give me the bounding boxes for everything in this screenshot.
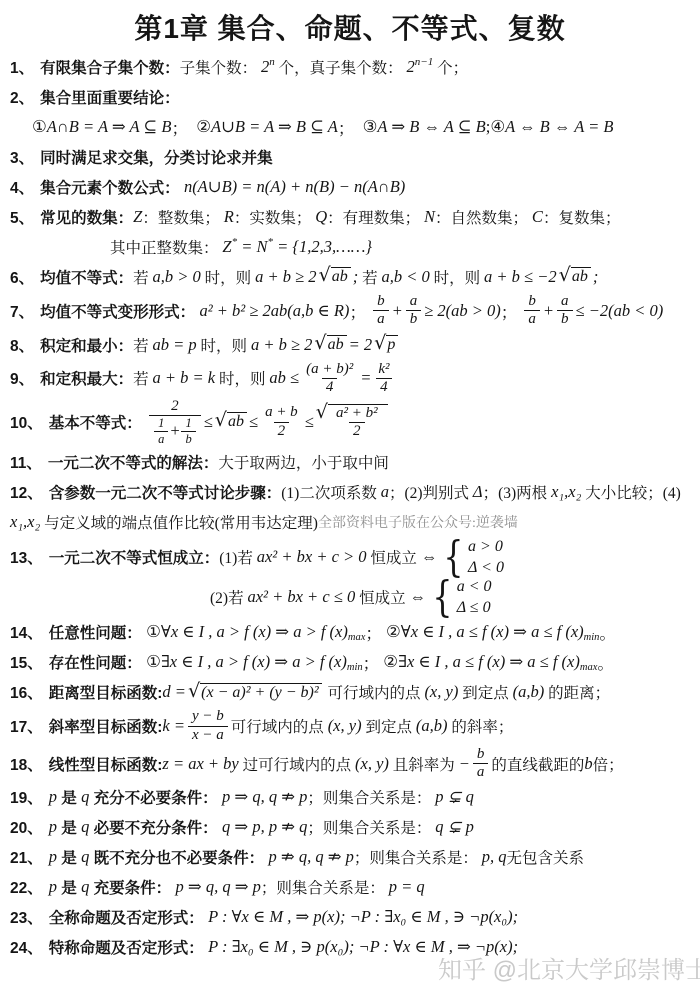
- math-segment: A∪B = A ⇒ B ⊆ A: [211, 117, 338, 137]
- math-segment: p: [49, 877, 57, 897]
- text-segment: 子集个数：: [180, 56, 261, 78]
- formula-line: 7、均值不等式变形形式： a² + b² ≥ 2ab(a,b ∈ R)； ba+…: [10, 292, 692, 330]
- bold-label: 一元二次不等式恒成立：: [49, 546, 220, 568]
- formula-line: 22、p 是 q 充要条件： p ⇒ q, q ⇒ p；则集合关系是： p = …: [10, 872, 692, 902]
- fraction-denominator: 1a+1b: [149, 415, 201, 446]
- fraction-denominator: x − a: [188, 726, 228, 744]
- formula-item: 5、常见的数集：Z：整数集； R：实数集； Q：有理数集； N：自然数集； C：…: [10, 202, 692, 262]
- math-segment: ②: [383, 652, 398, 672]
- math-segment: p ⊊ q: [435, 787, 474, 807]
- square-root: √p: [374, 335, 398, 354]
- fraction-numerator: b: [373, 293, 389, 310]
- square-root: √ab: [215, 412, 247, 431]
- fraction: 1b: [181, 416, 195, 446]
- item-number: 21、: [10, 846, 43, 868]
- math-segment: ②: [386, 622, 401, 642]
- formula-item: 18、线性型目标函数:z = ax + by 过可行域内的点 (x, y) 且斜…: [10, 745, 692, 783]
- bold-label: 含参数一元二次不等式讨论步骤：: [49, 481, 282, 503]
- radicand: ab: [571, 267, 591, 286]
- radical-sign: √: [319, 265, 331, 284]
- math-segment: ②: [196, 117, 211, 137]
- item-number: 18、: [10, 753, 43, 775]
- math-segment: ax² + bx + c ≤ 0: [247, 587, 355, 607]
- text-segment: ：自然数集；: [435, 206, 532, 228]
- item-number: 3、: [10, 146, 34, 168]
- text-segment: 且斜率为: [389, 753, 459, 775]
- math-segment: a,b > 0: [153, 267, 201, 287]
- math-segment: +: [169, 422, 180, 441]
- formula-item: 6、均值不等式：若 a,b > 0 时，则 a + b ≥ 2√ab; 若 a,…: [10, 262, 692, 292]
- fraction-denominator: 4: [322, 378, 338, 396]
- item-number: 19、: [10, 786, 43, 808]
- formula-item: 21、p 是 q 既不充分也不必要条件： p ⇏ q, q ⇏ p；则集合关系是…: [10, 842, 692, 872]
- math-segment: a + b ≥ 2: [251, 335, 312, 355]
- math-segment: q: [81, 787, 89, 807]
- formula-line: 其中正整数集： Z* = N* = {1,2,3,……}: [10, 232, 692, 262]
- fraction-numerator: a + b: [261, 404, 302, 421]
- fraction-denominator: 2: [349, 422, 365, 440]
- superscript: *: [267, 236, 273, 248]
- math-segment: ；: [363, 650, 384, 674]
- text-segment: ；则集合关系是：: [354, 846, 482, 868]
- bold-label: 积定和最小：: [40, 334, 133, 356]
- fraction-numerator: b: [524, 293, 540, 310]
- item-number: 13、: [10, 546, 43, 568]
- item-number: 6、: [10, 266, 34, 288]
- math-segment: ；: [365, 620, 386, 644]
- formula-line: 17、斜率型目标函数:k =y − bx − a可行域内的点 (x, y) 到定…: [10, 707, 692, 745]
- radical-sign: √: [314, 333, 326, 352]
- formula-item: 24、特称命题及否定形式： P : ∃x₀ ∈ M , ∋ p(x₀); ¬P …: [10, 932, 692, 962]
- math-segment: ≥ 2(ab > 0): [424, 301, 501, 321]
- fraction: a + b2: [261, 404, 302, 440]
- formula-line: 19、p 是 q 充分不必要条件： p ⇒ q, q ⇏ p；则集合关系是： p…: [10, 782, 692, 812]
- math-segment: A∩B = A ⇒ A ⊆ B: [47, 117, 172, 137]
- bold-label: 斜率型目标函数:: [49, 715, 163, 737]
- math-segment: ax² + bx + c > 0: [257, 547, 367, 567]
- fraction-numerator: (a + b)²: [302, 361, 357, 378]
- formula-line: 23、全称命题及否定形式： P : ∀x ∈ M , ⇒ p(x); ¬P : …: [10, 902, 692, 932]
- formula-line: 12、含参数一元二次不等式讨论步骤：(1)二次项系数 a；(2)判别式 Δ；(3…: [10, 477, 692, 507]
- math-segment: P : ∃x₀ ∈ M , ∋ p(x₀); ¬P : ∀x ∈ M , ⇒ ¬…: [208, 937, 518, 957]
- formula-item: 7、均值不等式变形形式： a² + b² ≥ 2ab(a,b ∈ R)； ba+…: [10, 292, 692, 330]
- math-segment: a: [381, 482, 389, 502]
- formula-line: 11、一元二次不等式的解法：大于取两边，小于取中间: [10, 447, 692, 477]
- fraction-denominator: 4: [376, 378, 392, 396]
- math-segment: p ⇒ q, q ⇒ p: [176, 877, 261, 897]
- square-root: √(x − a)² + (y − b)²: [188, 683, 322, 702]
- bold-label: 集合元素个数公式：: [40, 176, 184, 198]
- formula-line: 2、集合里面重要结论：: [10, 82, 692, 112]
- formula-line: 4、集合元素个数公式： n(A∪B) = n(A) + n(B) − n(A∩B…: [10, 172, 692, 202]
- fraction: ba: [373, 293, 389, 329]
- math-segment: (x, y): [424, 682, 458, 702]
- math-segment: ①: [146, 622, 161, 642]
- math-segment: a,b < 0: [382, 267, 430, 287]
- radicand: p: [386, 335, 398, 354]
- text-segment: 个，真子集个数：: [275, 56, 407, 78]
- math-segment: ∀x ∈ I , a ≤ f (x) ⇒ a ≤ f (x): [401, 622, 584, 642]
- bold-label: 特称命题及否定形式：: [49, 936, 208, 958]
- fraction: ba: [473, 746, 489, 782]
- bold-label: 全称命题及否定形式：: [49, 906, 208, 928]
- bold-label: 必要不充分条件：: [89, 816, 222, 838]
- math-segment: N: [424, 207, 435, 227]
- math-segment: q ⇒ p, p ⇏ q: [222, 817, 307, 837]
- item-number: 16、: [10, 681, 43, 703]
- math-segment: Δ: [473, 482, 483, 502]
- bold-label: 集合里面重要结论：: [40, 86, 180, 108]
- math-segment: p ⇒ q, q ⇏ p: [222, 787, 307, 807]
- math-segment: ab = p: [153, 335, 197, 355]
- square-root: √ab: [314, 335, 346, 354]
- formula-line: 24、特称命题及否定形式： P : ∃x₀ ∈ M , ∋ p(x₀); ¬P …: [10, 932, 692, 962]
- text-segment: 时，则: [430, 266, 484, 288]
- math-segment: a + b ≤ −2: [484, 267, 557, 287]
- item-number: 22、: [10, 876, 43, 898]
- radicand: ab: [227, 412, 247, 431]
- page-title: 第1章 集合、命题、不等式、复数: [0, 0, 700, 52]
- math-segment: 2: [261, 57, 269, 77]
- formula-item: 20、p 是 q 必要不充分条件： q ⇒ p, p ⇏ q；则集合关系是： q…: [10, 812, 692, 842]
- formula-item: 13、一元二次不等式恒成立：(1)若 ax² + bx + c > 0 恒成立 …: [10, 537, 692, 617]
- subscript: min: [347, 662, 363, 673]
- text-segment: ：整数集；: [142, 206, 223, 228]
- formula-line: 21、p 是 q 既不充分也不必要条件： p ⇏ q, q ⇏ p；则集合关系是…: [10, 842, 692, 872]
- bold-label: 存在性问题：: [49, 651, 146, 673]
- math-segment: =: [360, 368, 371, 388]
- superscript: *: [232, 236, 238, 248]
- math-segment: ≤: [249, 412, 258, 432]
- text-segment: ；则集合关系是：: [307, 786, 435, 808]
- fraction-numerator: a: [557, 293, 573, 310]
- math-segment: A ⇔ B ⇔ A = B: [505, 117, 613, 137]
- item-number: 11、: [10, 451, 42, 473]
- math-segment: C: [532, 207, 543, 227]
- fraction: 1a: [154, 416, 168, 446]
- text-segment: 的斜率；: [447, 715, 513, 737]
- math-segment: k =: [162, 716, 185, 736]
- math-segment: a + b = k: [153, 368, 216, 388]
- math-segment: ab ≤: [269, 368, 299, 388]
- text-segment: 可行域内的点: [324, 681, 425, 703]
- formula-item: 12、含参数一元二次不等式讨论步骤：(1)二次项系数 a；(2)判别式 Δ；(3…: [10, 477, 692, 537]
- fraction-denominator: a: [373, 310, 389, 328]
- formula-item: 9、和定积最大：若 a + b = k 时，则 ab ≤(a + b)²4=k²…: [10, 360, 692, 398]
- math-segment: p: [49, 787, 57, 807]
- formula-line: x₁,x₂ 与定义域的端点值作比较(常用韦达定理)全部资料电子版在公众号:逆袭墙: [10, 507, 692, 537]
- cases-lines: a > 0Δ < 0: [468, 538, 504, 576]
- math-segment: q ⊊ p: [435, 817, 474, 837]
- bold-label: 常见的数集：: [40, 206, 133, 228]
- fraction-numerator: 2: [167, 398, 183, 415]
- formula-item: 8、积定和最小：若 ab = p 时，则 a + b ≥ 2√ab= 2√p: [10, 330, 692, 360]
- fraction-numerator: a: [406, 293, 422, 310]
- inline-watermark: 全部资料电子版在公众号:逆袭墙: [318, 512, 518, 532]
- bold-label: 均值不等式：: [40, 266, 133, 288]
- math-segment: n(A∪B) = n(A) + n(B) − n(A∩B): [184, 177, 405, 197]
- formula-item: 15、存在性问题： ①∃x ∈ I , a > f (x) ⇒ a > f (x…: [10, 647, 692, 677]
- formula-item: 17、斜率型目标函数:k =y − bx − a可行域内的点 (x, y) 到定…: [10, 707, 692, 745]
- text-segment: ；(2)判别式: [389, 481, 473, 503]
- square-root: √ab: [319, 267, 351, 286]
- formula-item: 3、同时满足求交集，分类讨论求并集: [10, 142, 692, 172]
- subscript: max: [348, 632, 366, 643]
- text-segment: 过可行域内的点: [239, 753, 355, 775]
- math-segment: p = q: [389, 877, 425, 897]
- bold-label: 均值不等式变形形式：: [40, 300, 199, 322]
- math-segment: ⇔: [421, 547, 438, 567]
- bold-label: 距离型目标函数:: [49, 681, 163, 703]
- fraction-denominator: a: [473, 763, 489, 781]
- item-number: 12、: [10, 481, 43, 503]
- fraction: (a + b)²4: [302, 361, 357, 397]
- formula-item: 16、距离型目标函数:d =√(x − a)² + (y − b)² 可行域内的…: [10, 677, 692, 707]
- math-segment: ≤: [204, 412, 213, 432]
- bold-label: 是: [57, 846, 81, 868]
- text-segment: ；(3)两根: [483, 481, 551, 503]
- text-segment: 可行域内的点: [231, 715, 328, 737]
- item-number: 15、: [10, 651, 43, 673]
- math-segment: p ⇏ q, q ⇏ p: [269, 847, 354, 867]
- fraction-denominator: b: [406, 310, 422, 328]
- text-segment: 若: [133, 334, 152, 356]
- formula-line: 15、存在性问题： ①∃x ∈ I , a > f (x) ⇒ a > f (x…: [10, 647, 692, 677]
- formula-item: 14、任意性问题： ①∀x ∈ I , a > f (x) ⇒ a > f (x…: [10, 617, 692, 647]
- math-segment: (a,b): [416, 716, 448, 736]
- text-segment: 时，则: [215, 367, 269, 389]
- formula-line: 9、和定积最大：若 a + b = k 时，则 ab ≤(a + b)²4=k²…: [10, 360, 692, 398]
- text-segment: 个；: [433, 56, 468, 78]
- bold-label: 是: [57, 876, 81, 898]
- formula-line: 6、均值不等式：若 a,b > 0 时，则 a + b ≥ 2√ab; 若 a,…: [10, 262, 692, 292]
- formula-item: 1、有限集合子集个数：子集个数： 2n 个，真子集个数： 2n−1 个；: [10, 52, 692, 82]
- formula-line: 13、一元二次不等式恒成立：(1)若 ax² + bx + c > 0 恒成立 …: [10, 537, 692, 577]
- text-segment: ；则集合关系是：: [307, 816, 435, 838]
- text-segment: 若: [133, 367, 152, 389]
- text-segment: 若: [358, 266, 381, 288]
- math-segment: p, q: [482, 847, 507, 867]
- text-segment: 恒成立: [355, 586, 409, 608]
- radical-sign: √: [316, 402, 328, 421]
- text-segment: 大小比较；(4): [581, 481, 680, 503]
- math-segment: ①: [32, 117, 47, 137]
- item-number: 23、: [10, 906, 43, 928]
- formula-item: 19、p 是 q 充分不必要条件： p ⇒ q, q ⇏ p；则集合关系是： p…: [10, 782, 692, 812]
- math-segment: a² + b² ≥ 2ab(a,b ∈ R): [199, 301, 349, 321]
- math-segment: A ⇒ B ⇔ A ⊆ B: [377, 117, 485, 137]
- radical-sign: √: [188, 681, 200, 700]
- formula-item: 23、全称命题及否定形式： P : ∀x ∈ M , ⇒ p(x); ¬P : …: [10, 902, 692, 932]
- math-segment: a + b ≥ 2: [255, 267, 316, 287]
- fraction: 21a+1b: [149, 398, 201, 446]
- bold-label: 既不充分也不必要条件：: [89, 846, 268, 868]
- math-segment: (x, y): [355, 754, 389, 774]
- text-segment: 的直线截距的: [491, 753, 584, 775]
- math-segment: ⇔: [409, 587, 426, 607]
- formula-line: 5、常见的数集：Z：整数集； R：实数集； Q：有理数集； N：自然数集； C：…: [10, 202, 692, 232]
- math-segment: Q: [315, 207, 327, 227]
- math-segment: (a,b): [513, 682, 545, 702]
- text-segment: (1)若: [219, 546, 256, 568]
- text-segment: (2)若: [210, 586, 247, 608]
- text-segment: 时，则: [201, 266, 255, 288]
- formula-line: ①A∩B = A ⇒ A ⊆ B； ②A∪B = A ⇒ B ⊆ A； ③A ⇒…: [10, 112, 692, 142]
- math-segment: ≤: [305, 412, 314, 432]
- formula-line: (2)若 ax² + bx + c ≤ 0 恒成立 ⇔{a < 0Δ ≤ 0: [10, 577, 692, 617]
- math-segment: ;: [593, 267, 599, 287]
- text-segment: 若: [133, 266, 152, 288]
- item-number: 8、: [10, 334, 34, 356]
- text-segment: ：实数集；: [234, 206, 315, 228]
- item-number: 20、: [10, 816, 43, 838]
- fraction-numerator: k²: [374, 361, 393, 378]
- bold-label: 基本不等式：: [49, 411, 146, 433]
- item-number: 1、: [10, 56, 34, 78]
- cases-group: {a > 0Δ < 0: [440, 538, 504, 576]
- fraction: ba: [524, 293, 540, 329]
- math-segment: q: [81, 847, 89, 867]
- formula-items: 1、有限集合子集个数：子集个数： 2n 个，真子集个数： 2n−1 个；2、集合…: [0, 52, 700, 962]
- formula-line: 10、基本不等式： 21a+1b≤√ab≤a + b2≤√a² + b²2: [10, 397, 692, 447]
- fraction-numerator: y − b: [188, 708, 228, 725]
- bold-label: 线性型目标函数:: [49, 753, 163, 775]
- text-segment: 时，则: [197, 334, 251, 356]
- formula-item: 11、一元二次不等式的解法：大于取两边，小于取中间: [10, 447, 692, 477]
- left-brace: {: [444, 539, 464, 575]
- superscript: n: [269, 56, 275, 68]
- item-number: 10、: [10, 411, 43, 433]
- math-segment: b: [584, 754, 592, 774]
- formula-line: 20、p 是 q 必要不充分条件： q ⇒ p, p ⇏ q；则集合关系是： q…: [10, 812, 692, 842]
- formula-line: 14、任意性问题： ①∀x ∈ I , a > f (x) ⇒ a > f (x…: [10, 617, 692, 647]
- math-segment: ；: [338, 115, 363, 139]
- math-segment: 。: [599, 620, 616, 644]
- item-number: 2、: [10, 86, 34, 108]
- fraction-denominator: b: [181, 431, 195, 446]
- math-segment: = N: [237, 237, 267, 257]
- math-segment: z = ax + by: [162, 754, 238, 774]
- math-segment: ；: [171, 115, 196, 139]
- square-root: √a² + b²2: [316, 404, 388, 441]
- math-segment: x₁,x₂: [10, 512, 40, 532]
- bold-label: 是: [57, 786, 81, 808]
- bold-label: 有限集合子集个数：: [40, 56, 180, 78]
- math-segment: +: [543, 301, 554, 321]
- math-segment: ③: [363, 117, 378, 137]
- formula-item: 4、集合元素个数公式： n(A∪B) = n(A) + n(B) − n(A∩B…: [10, 172, 692, 202]
- formula-line: 8、积定和最小：若 ab = p 时，则 a + b ≥ 2√ab= 2√p: [10, 330, 692, 360]
- radicand: (x − a)² + (y − b)²: [200, 683, 322, 702]
- fraction: a² + b²2: [332, 405, 382, 441]
- radical-sign: √: [215, 410, 227, 429]
- fraction-numerator: a² + b²: [332, 405, 382, 422]
- formula-sheet-page: 第1章 集合、命题、不等式、复数 1、有限集合子集个数：子集个数： 2n 个，真…: [0, 0, 700, 998]
- cases-lines: a < 0Δ ≤ 0: [457, 578, 492, 616]
- formula-line: 16、距离型目标函数:d =√(x − a)² + (y − b)² 可行域内的…: [10, 677, 692, 707]
- superscript: n−1: [415, 56, 433, 68]
- formula-item: 10、基本不等式： 21a+1b≤√ab≤a + b2≤√a² + b²2: [10, 397, 692, 447]
- subscript: max: [580, 662, 598, 673]
- math-segment: d =: [162, 682, 186, 702]
- math-segment: ∃x ∈ I , a > f (x) ⇒ a > f (x): [161, 652, 347, 672]
- text-segment: 倍；: [593, 753, 624, 775]
- fraction: ab: [557, 293, 573, 329]
- text-segment: ；则集合关系是：: [261, 876, 389, 898]
- subscript: min: [584, 632, 600, 643]
- fraction: y − bx − a: [188, 708, 228, 744]
- text-segment: 与定义域的端点值作比较(常用韦达定理): [40, 511, 318, 533]
- bold-label: 同时满足求交集，分类讨论求并集: [40, 146, 273, 168]
- formula-line: 1、有限集合子集个数：子集个数： 2n 个，真子集个数： 2n−1 个；: [10, 52, 692, 82]
- math-segment: −: [459, 754, 470, 774]
- fraction-numerator: 1: [181, 416, 195, 430]
- fraction: k²4: [374, 361, 393, 397]
- fraction-numerator: 1: [154, 416, 168, 430]
- math-segment: q: [81, 817, 89, 837]
- text-segment: 大于取两边，小于取中间: [218, 451, 389, 473]
- math-segment: ①: [146, 652, 161, 672]
- item-number: 24、: [10, 936, 43, 958]
- math-segment: x₁,x₂: [551, 482, 581, 502]
- left-brace: {: [432, 579, 452, 615]
- text-segment: 到定点: [458, 681, 512, 703]
- formula-line: 3、同时满足求交集，分类讨论求并集: [10, 142, 692, 172]
- formula-item: 22、p 是 q 充要条件： p ⇒ q, q ⇒ p；则集合关系是： p = …: [10, 872, 692, 902]
- bold-label: 充要条件：: [89, 876, 175, 898]
- math-segment: ∃x ∈ I , a ≤ f (x) ⇒ a ≤ f (x): [398, 652, 580, 672]
- bold-label: 任意性问题：: [49, 621, 146, 643]
- bold-label: 充分不必要条件：: [89, 786, 222, 808]
- math-segment: = 2: [349, 335, 373, 355]
- math-segment: Z: [133, 207, 142, 227]
- math-segment: ④: [490, 117, 505, 137]
- case-line: Δ < 0: [468, 559, 504, 577]
- radical-sign: √: [559, 265, 571, 284]
- item-number: 5、: [10, 206, 34, 228]
- math-segment: R: [224, 207, 234, 227]
- formula-item: 2、集合里面重要结论：①A∩B = A ⇒ A ⊆ B； ②A∪B = A ⇒ …: [10, 82, 692, 142]
- math-segment: ∀x ∈ I , a > f (x) ⇒ a > f (x): [161, 622, 348, 642]
- text-segment: ：复数集；: [543, 206, 621, 228]
- item-number: 17、: [10, 715, 43, 737]
- square-root: √ab: [559, 267, 591, 286]
- math-segment: p: [49, 847, 57, 867]
- math-segment: q: [81, 877, 89, 897]
- text-segment: 的距离；: [544, 681, 610, 703]
- math-segment: (x, y): [328, 716, 362, 736]
- text-segment: 到定点: [362, 715, 416, 737]
- math-segment: ；: [501, 299, 522, 323]
- math-segment: 。: [597, 650, 614, 674]
- radicand: ab: [331, 267, 351, 286]
- case-line: Δ ≤ 0: [457, 599, 492, 617]
- case-line: a > 0: [468, 538, 504, 556]
- fraction-denominator: b: [557, 310, 573, 328]
- math-segment: ≤ −2(ab < 0): [576, 301, 664, 321]
- text-segment: 恒成立: [367, 546, 421, 568]
- math-segment: Z: [222, 237, 231, 257]
- fraction-numerator: b: [473, 746, 489, 763]
- formula-line: 18、线性型目标函数:z = ax + by 过可行域内的点 (x, y) 且斜…: [10, 745, 692, 783]
- text-segment: ：有理数集；: [327, 206, 424, 228]
- bold-label: 和定积最大：: [40, 367, 133, 389]
- item-number: 9、: [10, 367, 34, 389]
- text-segment: (1)二次项系数: [281, 481, 380, 503]
- radicand: a² + b²2: [328, 404, 388, 441]
- text-segment: 其中正整数集：: [110, 236, 222, 258]
- item-number: 14、: [10, 621, 43, 643]
